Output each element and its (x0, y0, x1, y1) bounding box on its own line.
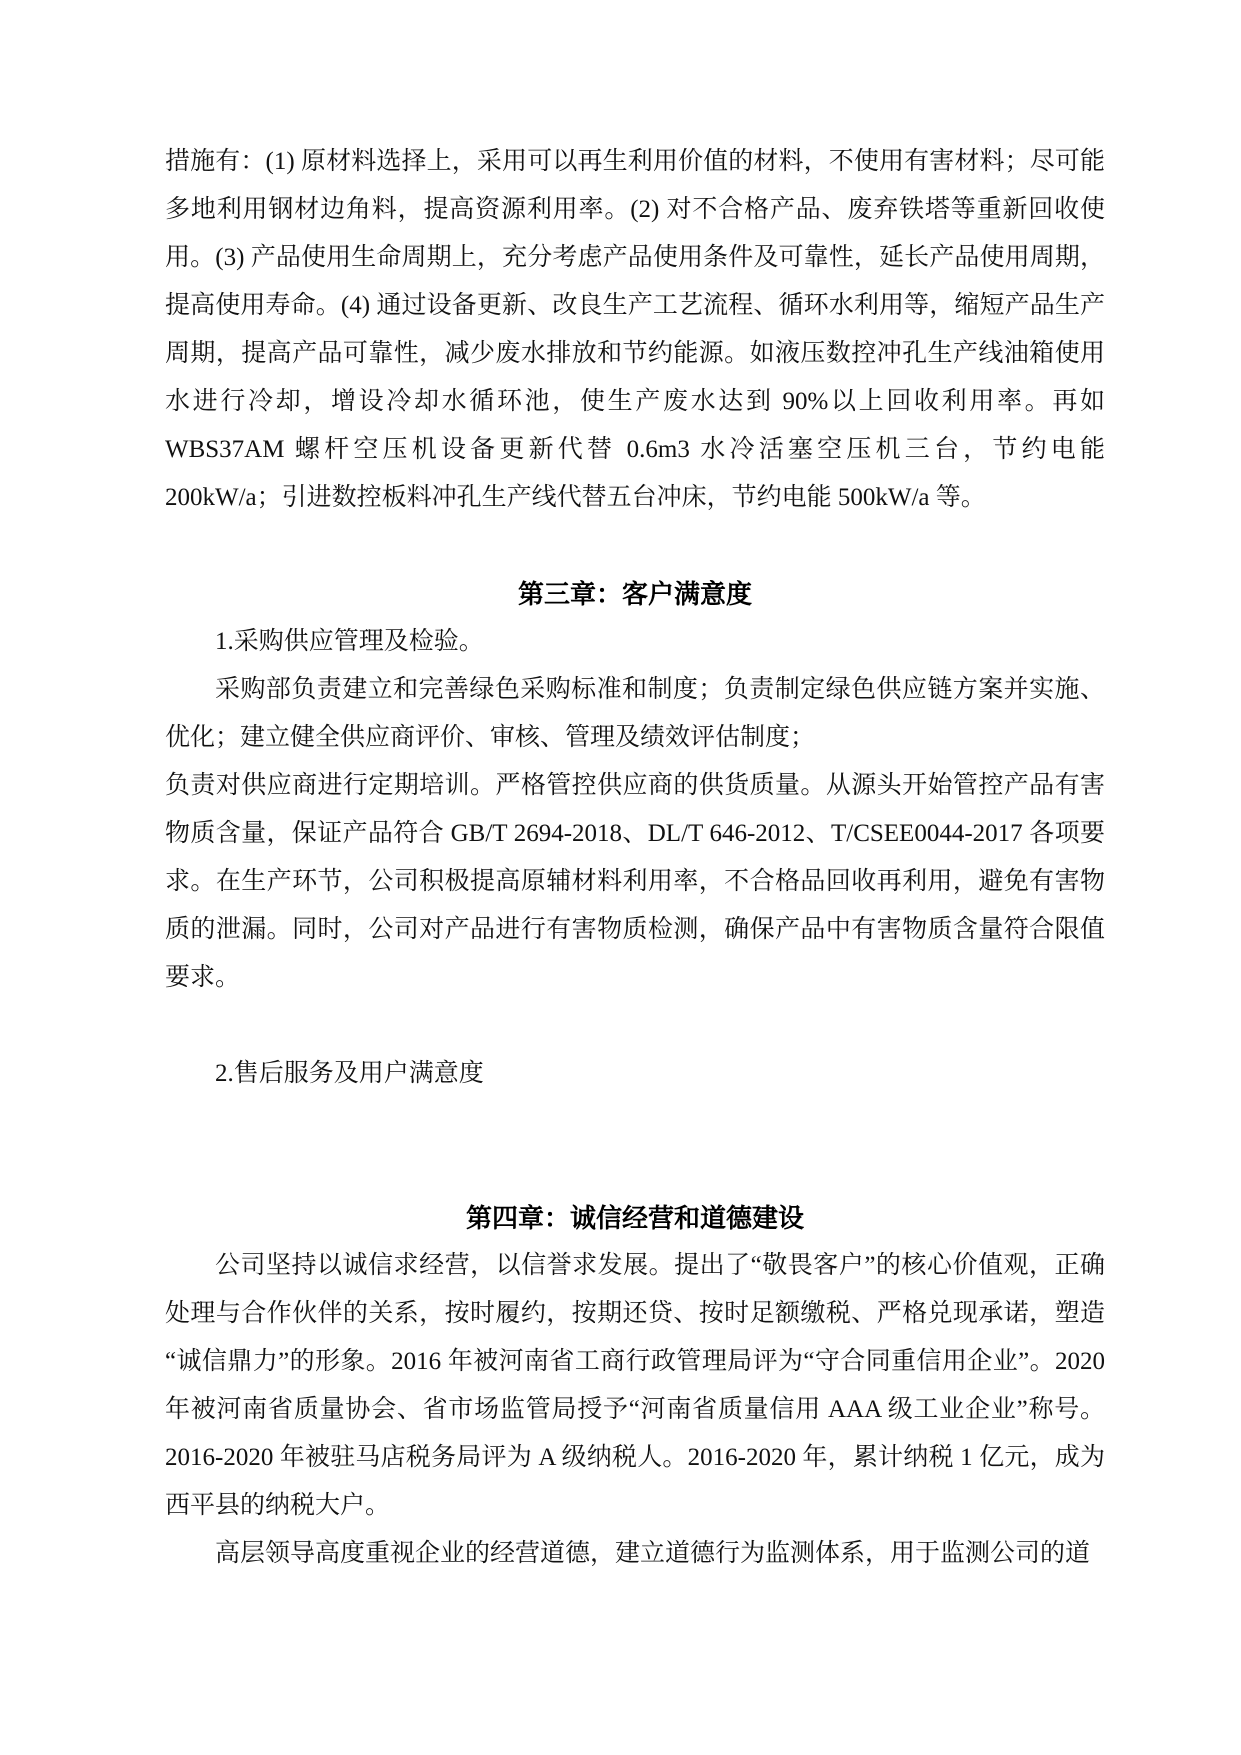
paragraph-item-2-after-sales: 2.售后服务及用户满意度 (165, 1050, 1105, 1098)
chapter-heading-integrity-ethics: 第四章：诚信经营和道德建设 (165, 1194, 1105, 1242)
document-page: 措施有：(1) 原材料选择上，采用可以再生利用价值的材料，不使用有害材料；尽可能… (0, 0, 1241, 1755)
paragraph-measures-continuation: 措施有：(1) 原材料选择上，采用可以再生利用价值的材料，不使用有害材料；尽可能… (165, 138, 1105, 522)
paragraph-ethics-monitoring: 高层领导高度重视企业的经营道德，建立道德行为监测体系，用于监测公司的道 (165, 1530, 1105, 1578)
document-content: 措施有：(1) 原材料选择上，采用可以再生利用价值的材料，不使用有害材料；尽可能… (165, 138, 1105, 1578)
chapter-heading-customer-satisfaction: 第三章：客户满意度 (165, 570, 1105, 618)
paragraph-supplier-training: 负责对供应商进行定期培训。严格管控供应商的供货质量。从源头开始管控产品有害物质含… (165, 762, 1105, 1002)
paragraph-procurement-dept: 采购部负责建立和完善绿色采购标准和制度；负责制定绿色供应链方案并实施、优化；建立… (165, 666, 1105, 762)
paragraph-integrity-management: 公司坚持以诚信求经营，以信誉求发展。提出了“敬畏客户”的核心价值观，正确处理与合… (165, 1242, 1105, 1530)
paragraph-item-1-procurement: 1.采购供应管理及检验。 (165, 618, 1105, 666)
